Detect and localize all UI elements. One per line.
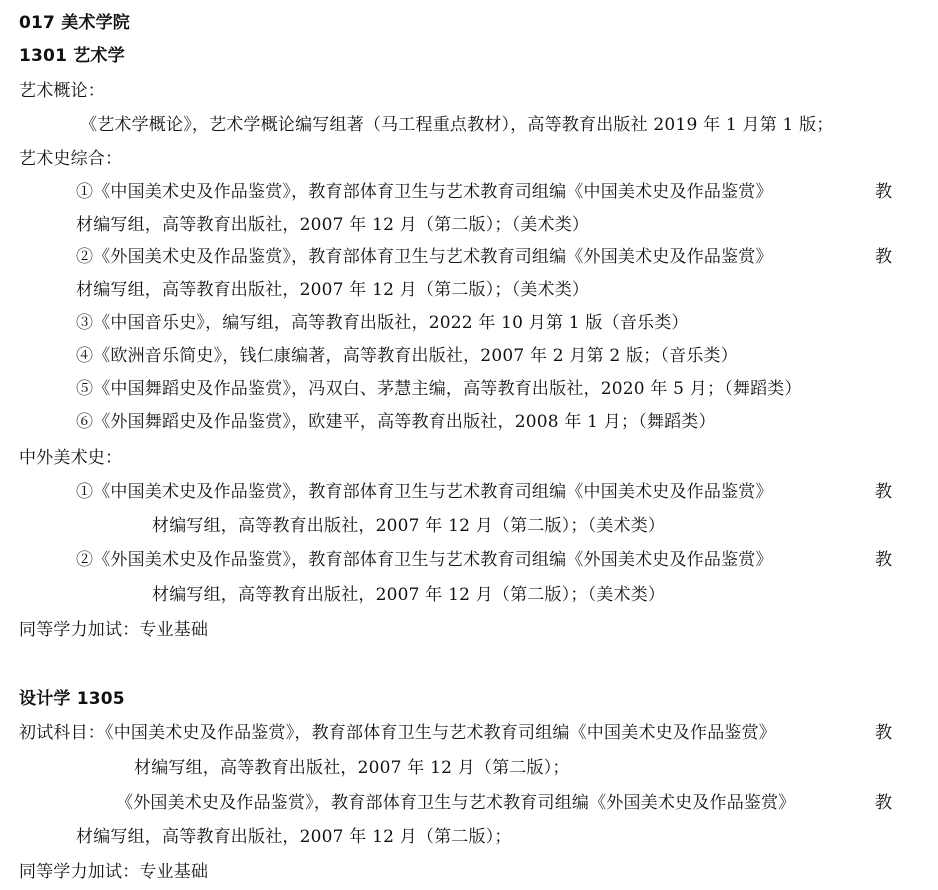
reference-item-tail: 教 bbox=[875, 246, 892, 268]
equivalent-exam-design: 同等学力加试：专业基础 bbox=[19, 861, 208, 883]
reference-item: ①《中国美术史及作品鉴赏》，教育部体育卫生与艺术教育司组编《中国美术史及作品鉴赏… bbox=[76, 181, 773, 203]
reference-item: ⑥《外国舞蹈史及作品鉴赏》，欧建平，高等教育出版社，2008 年 1 月；（舞蹈… bbox=[76, 411, 716, 433]
reference-item: 《艺术学概论》，艺术学概论编写组著（马工程重点教材），高等教育出版社 2019 … bbox=[80, 114, 834, 136]
equivalent-exam-art: 同等学力加试：专业基础 bbox=[19, 619, 208, 641]
reference-item: ②《外国美术史及作品鉴赏》，教育部体育卫生与艺术教育司组编《外国美术史及作品鉴赏… bbox=[76, 549, 773, 571]
reference-item: ③《中国音乐史》，编写组，高等教育出版社，2022 年 10 月第 1 版（音乐… bbox=[76, 312, 689, 334]
reference-item: ①《中国美术史及作品鉴赏》，教育部体育卫生与艺术教育司组编《中国美术史及作品鉴赏… bbox=[76, 481, 773, 503]
reference-item-continuation: 材编写组，高等教育出版社，2007 年 12 月（第二版）；（美术类） bbox=[152, 515, 665, 537]
major-title-art: 1301 艺术学 bbox=[19, 45, 125, 67]
reference-item-continuation: 材编写组，高等教育出版社，2007 年 12 月（第二版）；（美术类） bbox=[76, 214, 589, 236]
reference-item: 《外国美术史及作品鉴赏》，教育部体育卫生与艺术教育司组编《外国美术史及作品鉴赏》 bbox=[116, 792, 796, 814]
reference-item-tail: 教 bbox=[875, 722, 892, 744]
reference-item-continuation: 材编写组，高等教育出版社，2007 年 12 月（第二版）；（美术类） bbox=[152, 584, 665, 606]
reference-item: ②《外国美术史及作品鉴赏》，教育部体育卫生与艺术教育司组编《外国美术史及作品鉴赏… bbox=[76, 246, 773, 268]
reference-item-continuation: 材编写组，高等教育出版社，2007 年 12 月（第二版）；（美术类） bbox=[76, 279, 589, 301]
reference-item: 初试科目：《中国美术史及作品鉴赏》，教育部体育卫生与艺术教育司组编《中国美术史及… bbox=[19, 722, 776, 744]
section-heading-art-theory: 艺术概论： bbox=[19, 80, 105, 102]
reference-item-continuation: 材编写组，高等教育出版社，2007 年 12 月（第二版）； bbox=[76, 826, 512, 848]
section-heading-art-history-cn-foreign: 中外美术史： bbox=[19, 447, 122, 469]
reference-item: ⑤《中国舞蹈史及作品鉴赏》，冯双白、茅慧主编，高等教育出版社，2020 年 5 … bbox=[76, 378, 802, 400]
major-title-design: 设计学 1305 bbox=[19, 688, 125, 710]
reference-item-tail: 教 bbox=[875, 481, 892, 503]
reference-item-continuation: 材编写组，高等教育出版社，2007 年 12 月（第二版）； bbox=[134, 757, 570, 779]
college-title: 017 美术学院 bbox=[19, 12, 130, 34]
reference-item-tail: 教 bbox=[875, 181, 892, 203]
reference-item-tail: 教 bbox=[875, 549, 892, 571]
section-heading-art-history: 艺术史综合： bbox=[19, 148, 122, 170]
reference-item-tail: 教 bbox=[875, 792, 892, 814]
reference-item: ④《欧洲音乐简史》，钱仁康编著，高等教育出版社，2007 年 2 月第 2 版；… bbox=[76, 345, 738, 367]
